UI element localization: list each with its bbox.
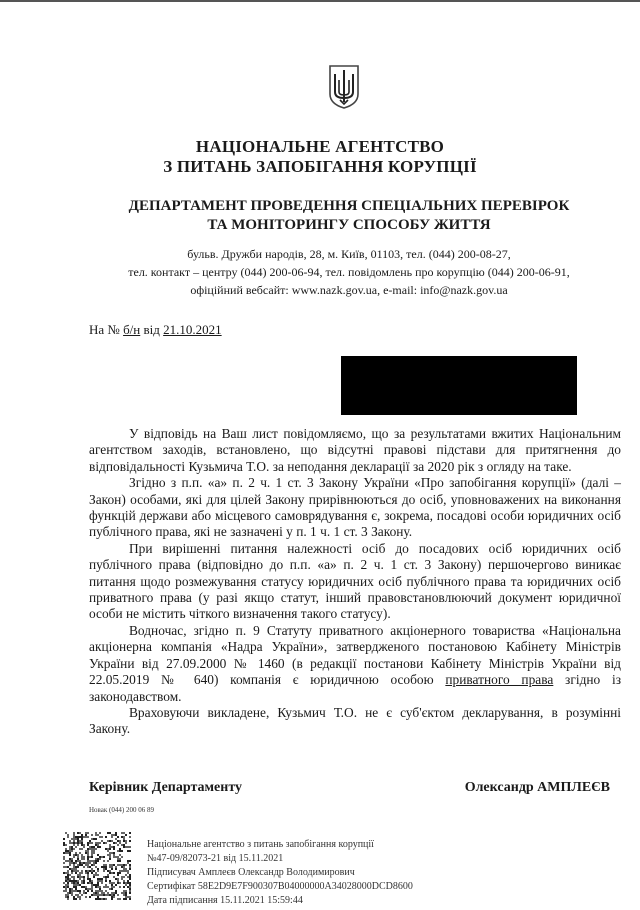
address-line3: офіційний вебсайт: www.nazk.gov.ua, e-ma… xyxy=(0,281,640,299)
qr-code-icon xyxy=(63,832,131,900)
signer-position: Керівник Департаменту xyxy=(89,780,242,796)
redacted-recipient-block xyxy=(341,356,577,415)
signer-name: Олександр АМПЛЕЄВ xyxy=(465,780,610,796)
reference-prefix: На № xyxy=(89,322,120,337)
agency-name-line1: НАЦІОНАЛЬНЕ АГЕНТСТВО xyxy=(0,137,640,157)
stamp-certificate: Сертифікат 58E2D9E7F900307B04000000A3402… xyxy=(147,880,413,894)
electronic-signature-stamp: Національне агентство з питань запобіган… xyxy=(147,838,413,908)
address-line2: тел. контакт – центру (044) 200-06-94, т… xyxy=(0,263,640,281)
department-name-line1: ДЕПАРТАМЕНТ ПРОВЕДЕННЯ СПЕЦІАЛЬНИХ ПЕРЕВ… xyxy=(0,197,640,216)
contact-address: бульв. Дружби народів, 28, м. Київ, 0110… xyxy=(0,245,640,299)
agency-name: НАЦІОНАЛЬНЕ АГЕНТСТВО З ПИТАНЬ ЗАПОБІГАН… xyxy=(0,137,640,177)
body-paragraph-2: Згідно з п.п. «а» п. 2 ч. 1 ст. 3 Закону… xyxy=(89,475,621,541)
body-paragraph-5: Враховуючи викладене, Кузьмич Т.О. не є … xyxy=(89,705,621,738)
reference-number: б/н xyxy=(123,322,140,337)
reference-date: 21.10.2021 xyxy=(163,322,222,337)
stamp-document-number: №47-09/82073-21 від 15.11.2021 xyxy=(147,852,413,866)
body-paragraph-3: При вирішенні питання належності осіб до… xyxy=(89,541,621,623)
body-paragraph-4: Водночас, згідно п. 9 Статуту приватного… xyxy=(89,623,621,705)
trident-coat-of-arms-icon xyxy=(328,64,360,110)
address-line1: бульв. Дружби народів, 28, м. Київ, 0110… xyxy=(0,245,640,263)
stamp-signing-date: Дата підписання 15.11.2021 15:59:44 xyxy=(147,894,413,908)
stamp-agency: Національне агентство з питань запобіган… xyxy=(147,838,413,852)
department-name: ДЕПАРТАМЕНТ ПРОВЕДЕННЯ СПЕЦІАЛЬНИХ ПЕРЕВ… xyxy=(0,197,640,235)
department-name-line2: ТА МОНІТОРИНГУ СПОСОБУ ЖИТТЯ xyxy=(0,216,640,235)
stamp-signer: Підписувач Амплеєв Олександр Володимиров… xyxy=(147,866,413,880)
underlined-private-law: приватного права xyxy=(445,672,553,687)
body-paragraph-1: У відповідь на Ваш лист повідомляємо, що… xyxy=(89,426,621,475)
page-top-border xyxy=(0,0,640,2)
executor-contact: Новак (044) 200 06 89 xyxy=(89,806,154,814)
reference-from: від xyxy=(144,322,160,337)
letter-body: У відповідь на Ваш лист повідомляємо, що… xyxy=(89,426,621,738)
agency-name-line2: З ПИТАНЬ ЗАПОБІГАННЯ КОРУПЦІЇ xyxy=(0,157,640,177)
reference-line: На № б/н від 21.10.2021 xyxy=(89,322,222,338)
